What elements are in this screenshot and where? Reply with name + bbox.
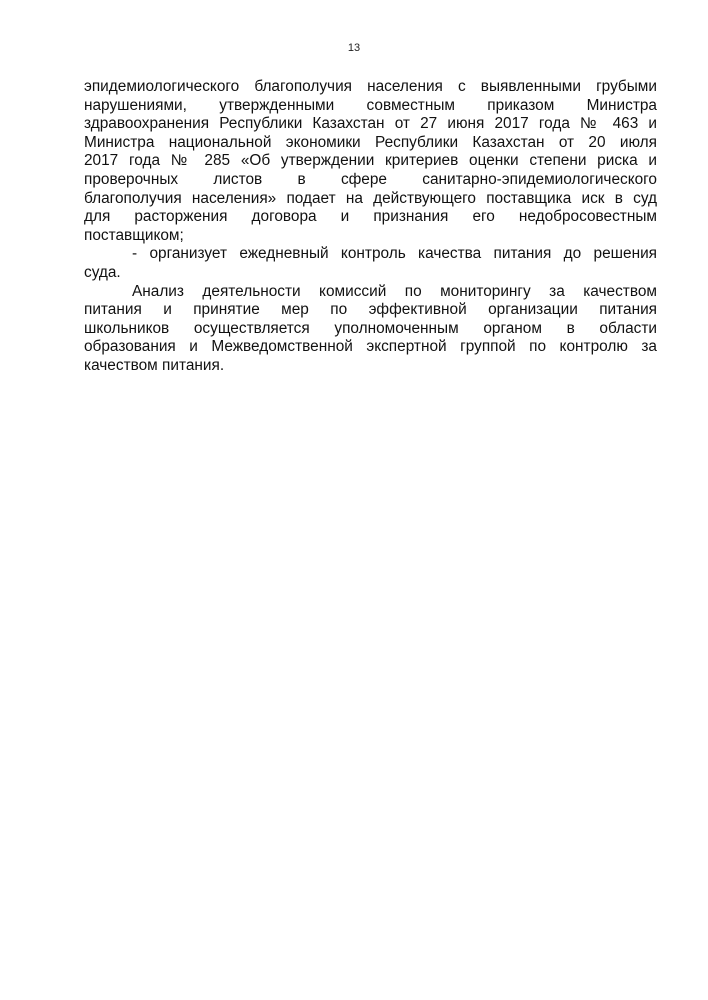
text-line: нарушениями, утвержденными совместным пр… (84, 97, 657, 116)
text-line: 2017 года № 285 «Об утверждении критерие… (84, 152, 657, 171)
text-line: здравоохранения Республики Казахстан от … (84, 115, 657, 134)
text-line: для расторжения договора и признания его… (84, 208, 657, 227)
text-line: благополучия населения» подает на действ… (84, 190, 657, 209)
text-line: образования и Межведомственной экспертно… (84, 338, 657, 357)
text-line: Министра национальной экономики Республи… (84, 134, 657, 153)
document-body: эпидемиологического благополучия населен… (84, 78, 657, 376)
text-line: качеством питания. (84, 357, 657, 376)
text-line: проверочных листов в сфере санитарно-эпи… (84, 171, 657, 190)
text-line: школьников осуществляется уполномоченным… (84, 320, 657, 339)
text-line: суда. (84, 264, 657, 283)
page-number: 13 (0, 42, 708, 54)
text-line: Анализ деятельности комиссий по монитори… (84, 283, 657, 302)
text-line: питания и принятие мер по эффективной ор… (84, 301, 657, 320)
text-line: эпидемиологического благополучия населен… (84, 78, 657, 97)
text-line: - организует ежедневный контроль качеств… (84, 245, 657, 264)
text-line: поставщиком; (84, 227, 657, 246)
